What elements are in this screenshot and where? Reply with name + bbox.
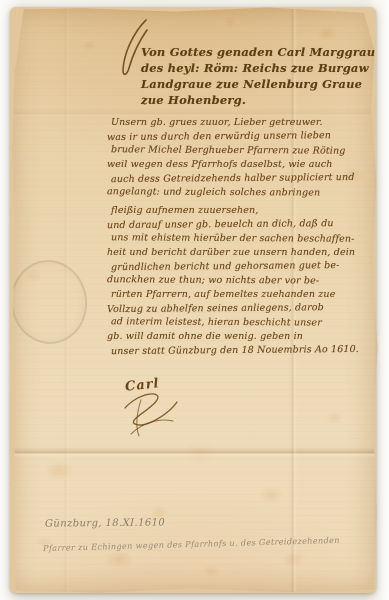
heading-line: Von Gottes genaden Carl Marggrauen: [141, 44, 389, 60]
script-line: gb. will damit ohne die wenig. geben in: [107, 330, 359, 344]
script-line: Unsern gb. grues zuuor, Lieber getreuwer…: [111, 116, 359, 130]
heading-line: Landgraue zue Nellenburg Graue: [141, 76, 389, 92]
signature-flourish: [117, 390, 195, 444]
script-line: uns mit ehistem hierüber der sachen besc…: [111, 231, 359, 247]
script-line: rürten Pfarrern, auf bemeltes zuehanden …: [111, 288, 359, 302]
seal-ring-stain: [6, 255, 93, 349]
fold-crease-horizontal: [7, 447, 379, 457]
script-line: ad interim leistest, hieran beschicht un…: [111, 315, 359, 331]
script-line: heit und bericht darüber zue unsern hand…: [107, 246, 359, 260]
script-line: bruder Michel Berghueber Pfarrern zue Rö…: [111, 143, 359, 159]
script-line: angelangt: und zugleich solches anbringe…: [107, 185, 359, 201]
fold-crease-vertical-faint: [63, 4, 70, 595]
manuscript-paper: Von Gottes genaden Carl Marggrauendes he…: [7, 4, 379, 595]
script-line: dunckhen zue thun; wo nichts aber vor be…: [107, 273, 359, 289]
script-line: unser statt Günzburg den 18 Nouembris Ao…: [111, 343, 359, 359]
heading-line: zue Hohenberg.: [141, 92, 389, 108]
script-line: fleißig aufnemen zuuersehen,: [111, 204, 359, 218]
heading-lines: Von Gottes genaden Carl Marggrauendes he…: [141, 44, 389, 108]
pencil-annotation-subject: Pfarrer zu Echingen wegen des Pfarrhofs …: [43, 535, 340, 553]
heading-line: des heyl: Röm: Reichs zue Burgaw: [141, 60, 389, 76]
body-lines: Unsern gb. grues zuuor, Lieber getreuwer…: [107, 116, 359, 358]
script-line: weil wegen dess Pfarrhofs daselbst, wie …: [107, 158, 359, 172]
pencil-annotation-date: Günzburg, 18.XI.1610: [45, 517, 165, 529]
